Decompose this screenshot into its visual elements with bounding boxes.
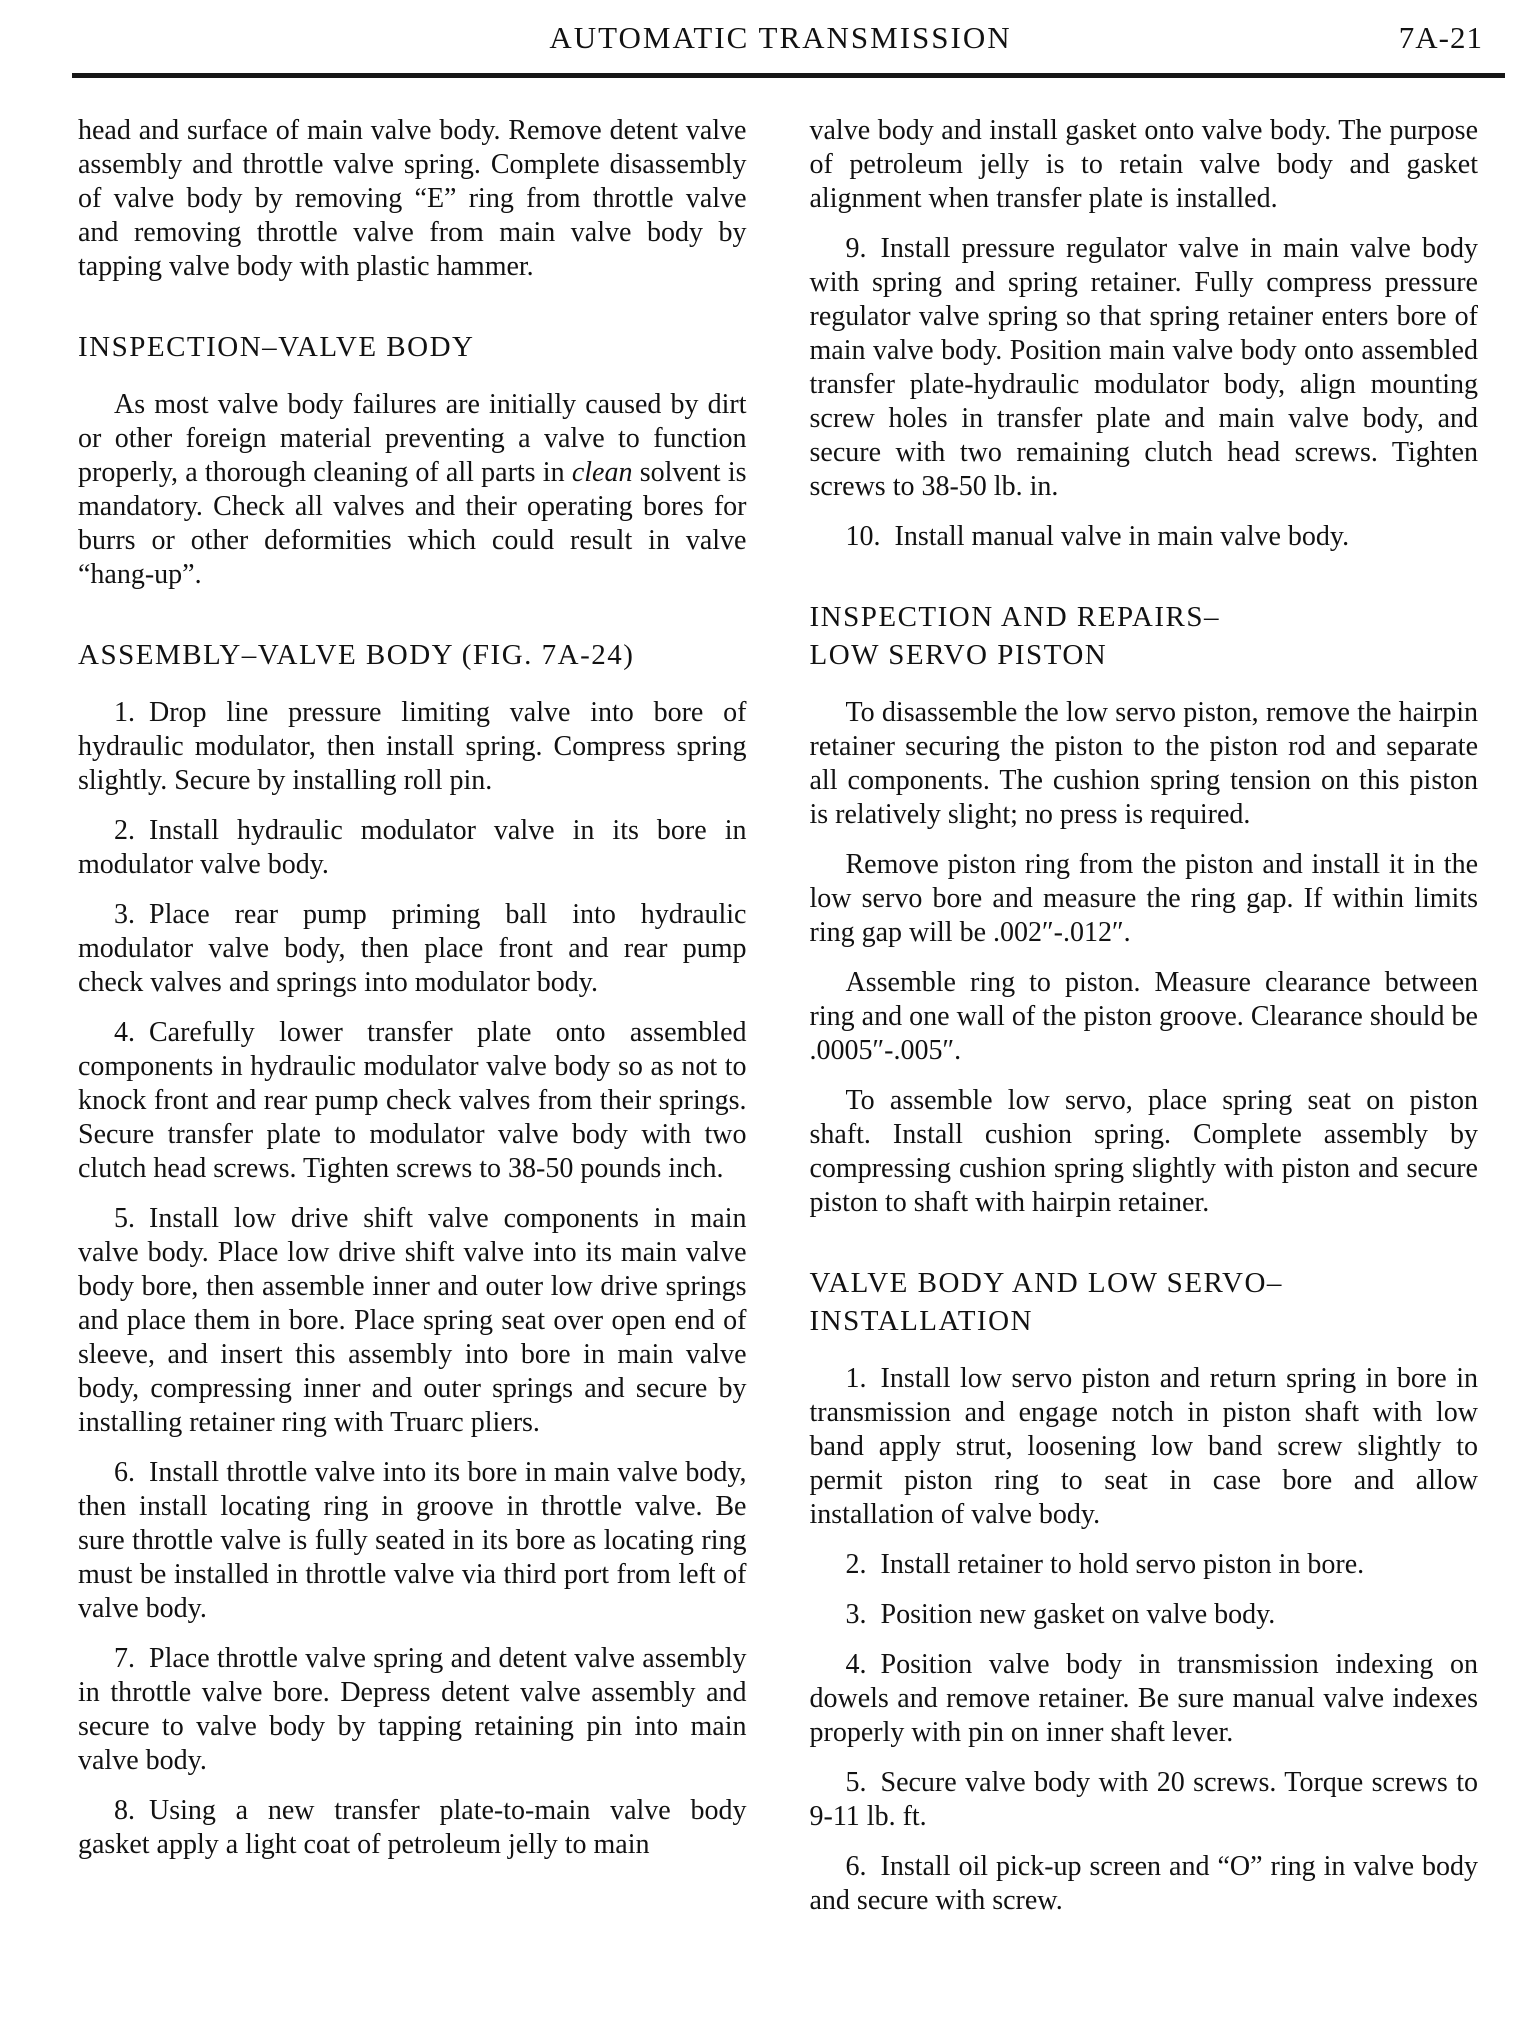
body-paragraph: 6. Install oil pick-up screen and “O” ri… <box>810 1850 1479 1918</box>
body-paragraph: head and surface of main valve body. Rem… <box>78 114 747 284</box>
section-heading: ASSEMBLY–VALVE BODY (FIG. 7A-24) <box>78 636 747 674</box>
body-paragraph: 10. Install manual valve in main valve b… <box>810 520 1479 554</box>
body-paragraph: 1. Install low servo piston and return s… <box>810 1362 1479 1532</box>
body-paragraph: 2. Install hydraulic modulator valve in … <box>78 814 747 882</box>
body-paragraph: 3. Position new gasket on valve body. <box>810 1598 1479 1632</box>
section-heading: INSPECTION AND REPAIRS–LOW SERVO PISTON <box>810 598 1479 674</box>
section-heading: INSPECTION–VALVE BODY <box>78 328 747 366</box>
body-paragraph: 5. Secure valve body with 20 screws. Tor… <box>810 1766 1479 1834</box>
body-paragraph: Remove piston ring from the piston and i… <box>810 848 1479 950</box>
header-rule <box>72 73 1505 78</box>
body-paragraph: 1. Drop line pressure limiting valve int… <box>78 696 747 798</box>
body-paragraph: 5. Install low drive shift valve compone… <box>78 1202 747 1440</box>
column-right: valve body and install gasket onto valve… <box>810 114 1479 2025</box>
page-header: AUTOMATIC TRANSMISSION 7A-21 <box>78 20 1483 62</box>
body-paragraph: 4. Position valve body in transmission i… <box>810 1648 1479 1750</box>
body-paragraph: 2. Install retainer to hold servo piston… <box>810 1548 1479 1582</box>
page-number: 7A-21 <box>1399 20 1483 56</box>
body-paragraph: valve body and install gasket onto valve… <box>810 114 1479 216</box>
section-heading: VALVE BODY AND LOW SERVO–INSTALLATION <box>810 1264 1479 1340</box>
body-paragraph: Assemble ring to piston. Measure clearan… <box>810 966 1479 1068</box>
body-paragraph: 7. Place throttle valve spring and deten… <box>78 1642 747 1778</box>
body-paragraph: 3. Place rear pump priming ball into hyd… <box>78 898 747 1000</box>
body-paragraph: 8. Using a new transfer plate-to-main va… <box>78 1794 747 1862</box>
page-content: head and surface of main valve body. Rem… <box>78 114 1478 2025</box>
body-paragraph: 9. Install pressure regulator valve in m… <box>810 232 1479 504</box>
manual-page: AUTOMATIC TRANSMISSION 7A-21 head and su… <box>0 0 1539 2025</box>
page-title: AUTOMATIC TRANSMISSION <box>78 20 1483 56</box>
column-left: head and surface of main valve body. Rem… <box>78 114 747 2025</box>
body-paragraph: As most valve body failures are initiall… <box>78 388 747 592</box>
body-paragraph: 4. Carefully lower transfer plate onto a… <box>78 1016 747 1186</box>
body-paragraph: To assemble low servo, place spring seat… <box>810 1084 1479 1220</box>
body-paragraph: 6. Install throttle valve into its bore … <box>78 1456 747 1626</box>
body-paragraph: To disassemble the low servo piston, rem… <box>810 696 1479 832</box>
